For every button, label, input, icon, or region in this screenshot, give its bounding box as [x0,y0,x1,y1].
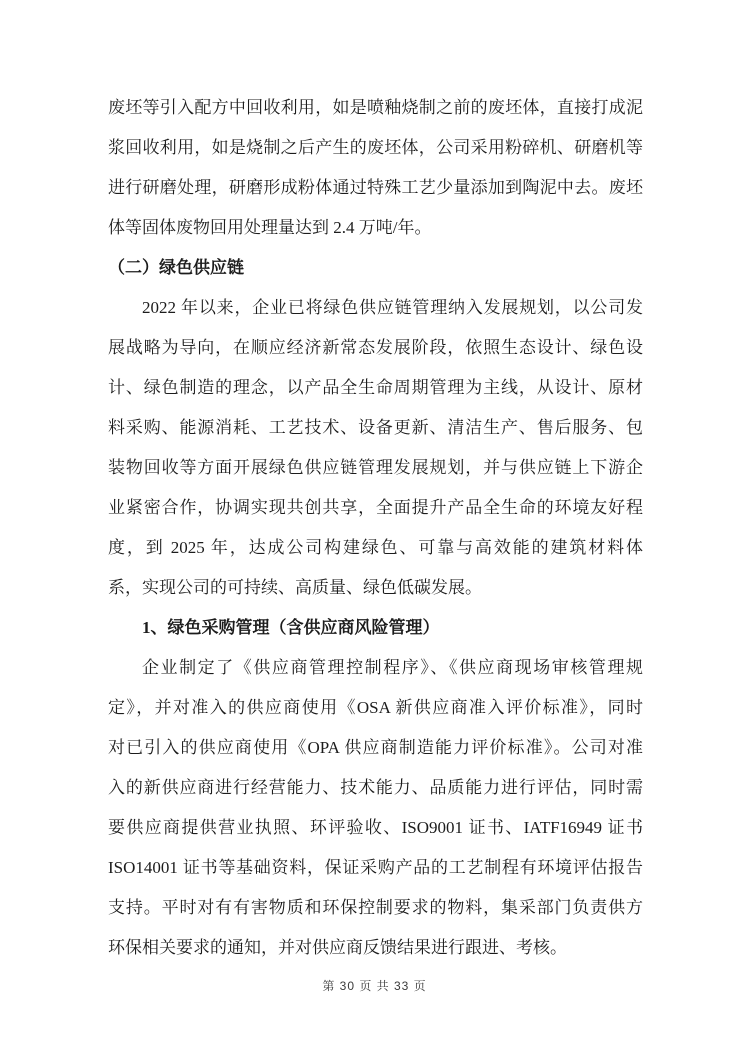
paragraph3-line: 要供应商提供营业执照、环评验收、ISO9001 证书、IATF16949 证书 [108,808,643,848]
paragraph1-line: 体等固体废物回用处理量达到 2.4 万吨/年。 [108,208,643,248]
paragraph1-line: 进行研磨处理，研磨形成粉体通过特殊工艺少量添加到陶泥中去。废坯 [108,168,643,208]
paragraph3-line: 入的新供应商进行经营能力、技术能力、品质能力进行评估，同时需 [108,768,643,808]
subsection-heading-green-procurement: 1、绿色采购管理（含供应商风险管理） [108,608,643,648]
paragraph2-line: 业紧密合作，协调实现共创共享，全面提升产品全生命的环境友好程 [108,488,643,528]
document-body: 废坯等引入配方中回收利用，如是喷釉烧制之前的废坯体，直接打成泥 浆回收利用，如是… [108,88,643,968]
paragraph3-line: 对已引入的供应商使用《OPA 供应商制造能力评价标准》。公司对准 [108,728,643,768]
paragraph2-line: 计、绿色制造的理念，以产品全生命周期管理为主线，从设计、原材 [108,368,643,408]
paragraph2-line: 系，实现公司的可持续、高质量、绿色低碳发展。 [108,568,643,608]
paragraph3-line: 环保相关要求的通知，并对供应商反馈结果进行跟进、考核。 [108,928,643,968]
page-number-footer: 第 30 页 共 33 页 [0,976,749,996]
document-page: 废坯等引入配方中回收利用，如是喷釉烧制之前的废坯体，直接打成泥 浆回收利用，如是… [0,0,749,1059]
paragraph3-line: 企业制定了《供应商管理控制程序》、《供应商现场审核管理规 [108,648,643,688]
paragraph2-line: 展战略为导向，在顺应经济新常态发展阶段，依照生态设计、绿色设 [108,328,643,368]
paragraph2-line: 度，到 2025 年，达成公司构建绿色、可靠与高效能的建筑材料体 [108,528,643,568]
paragraph1-line: 浆回收利用，如是烧制之后产生的废坯体，公司采用粉碎机、研磨机等 [108,128,643,168]
paragraph2-line: 装物回收等方面开展绿色供应链管理发展规划，并与供应链上下游企 [108,448,643,488]
section-heading-green-supply-chain: （二）绿色供应链 [108,248,643,288]
paragraph2-line: 料采购、能源消耗、工艺技术、设备更新、清洁生产、售后服务、包 [108,408,643,448]
paragraph3-line: 支持。平时对有有害物质和环保控制要求的物料，集采部门负责供方 [108,888,643,928]
paragraph1-line: 废坯等引入配方中回收利用，如是喷釉烧制之前的废坯体，直接打成泥 [108,88,643,128]
paragraph3-line: 定》，并对准入的供应商使用《OSA 新供应商准入评价标准》，同时 [108,688,643,728]
paragraph3-line: ISO14001 证书等基础资料，保证采购产品的工艺制程有环境评估报告 [108,848,643,888]
paragraph2-line: 2022 年以来，企业已将绿色供应链管理纳入发展规划，以公司发 [108,288,643,328]
